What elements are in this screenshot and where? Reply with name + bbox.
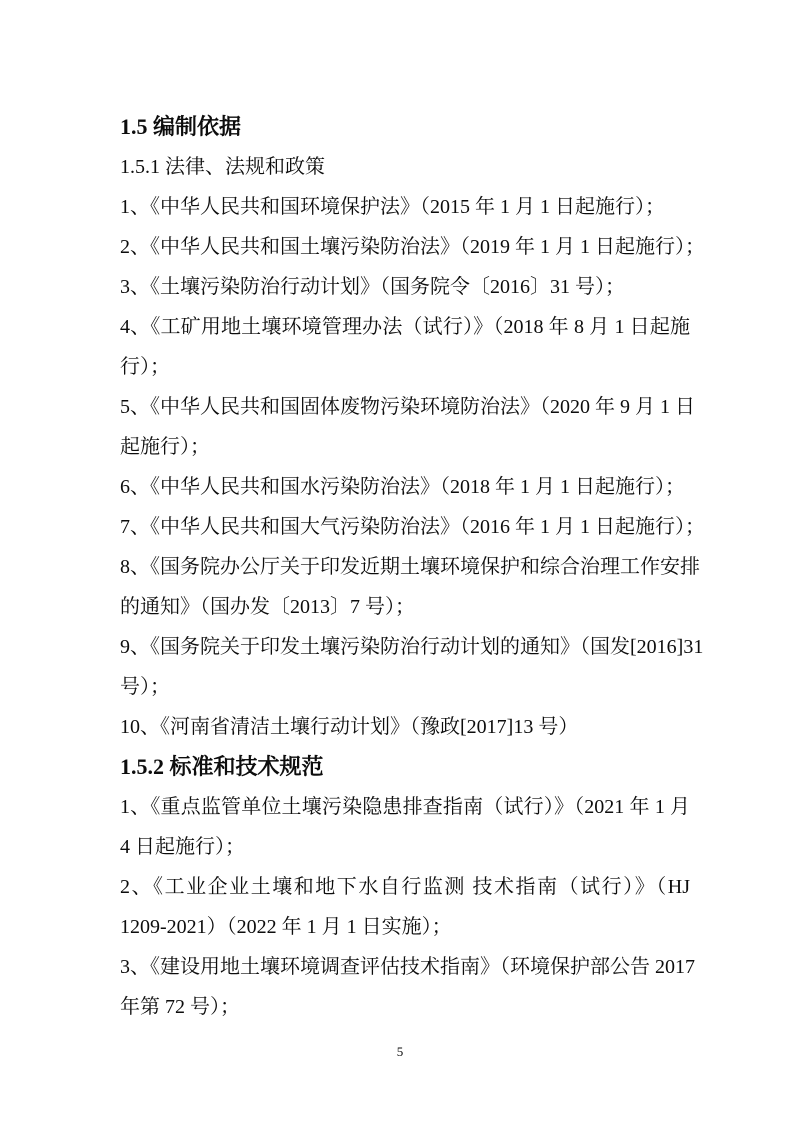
text-line: 行）； <box>120 347 690 387</box>
text-line: 9、《国务院关于印发土壤污染防治行动计划的通知》（国发[2016]31 <box>120 627 690 667</box>
list-item-8: 8、《国务院办公厅关于印发近期土壤环境保护和综合治理工作安排的通知》（国办发〔2… <box>120 547 690 627</box>
document-body: 1.5 编制依据1.5.1 法律、法规和政策1、《中华人民共和国环境保护法》（2… <box>120 107 690 1027</box>
text-line: 3、《土壤污染防治行动计划》（国务院令〔2016〕31 号）； <box>120 267 690 307</box>
text-line: 5、《中华人民共和国固体废物污染环境防治法》（2020 年 9 月 1 日 <box>120 387 690 427</box>
text-line: 3、《建设用地土壤环境调查评估技术指南》（环境保护部公告 2017 <box>120 947 690 987</box>
list-item-3: 3、《建设用地土壤环境调查评估技术指南》（环境保护部公告 2017年第 72 号… <box>120 947 690 1027</box>
text-line: 1.5.1 法律、法规和政策 <box>120 147 690 187</box>
text-line: 起施行）； <box>120 427 690 467</box>
subsection-heading: 1.5.2 标准和技术规范 <box>120 747 690 787</box>
text-line: 2、《工业企业土壤和地下水自行监测 技术指南（试行）》（HJ <box>120 867 690 907</box>
list-item-7: 7、《中华人民共和国大气污染防治法》（2016 年 1 月 1 日起施行）； <box>120 507 690 547</box>
text-line: 4 日起施行）； <box>120 827 690 867</box>
text-line: 的通知》（国办发〔2013〕7 号）； <box>120 587 690 627</box>
page-number: 5 <box>397 1044 404 1059</box>
list-item-5: 5、《中华人民共和国固体废物污染环境防治法》（2020 年 9 月 1 日起施行… <box>120 387 690 467</box>
text-line: 6、《中华人民共和国水污染防治法》（2018 年 1 月 1 日起施行）； <box>120 467 690 507</box>
list-item-6: 6、《中华人民共和国水污染防治法》（2018 年 1 月 1 日起施行）； <box>120 467 690 507</box>
list-item-9: 9、《国务院关于印发土壤污染防治行动计划的通知》（国发[2016]31号）； <box>120 627 690 707</box>
list-item-2: 2、《工业企业土壤和地下水自行监测 技术指南（试行）》（HJ1209-2021）… <box>120 867 690 947</box>
text-line: 1.5.2 标准和技术规范 <box>120 747 690 787</box>
text-line: 10、《河南省清洁土壤行动计划》（豫政[2017]13 号） <box>120 707 690 747</box>
text-line: 年第 72 号）； <box>120 987 690 1027</box>
text-line: 8、《国务院办公厅关于印发近期土壤环境保护和综合治理工作安排 <box>120 547 690 587</box>
text-line: 1209-2021）（2022 年 1 月 1 日实施）； <box>120 907 690 947</box>
text-line: 1.5 编制依据 <box>120 107 690 147</box>
text-line: 2、《中华人民共和国土壤污染防治法》（2019 年 1 月 1 日起施行）； <box>120 227 690 267</box>
text-line: 1、《重点监管单位土壤污染隐患排查指南（试行）》（2021 年 1 月 <box>120 787 690 827</box>
subsection-heading: 1.5.1 法律、法规和政策 <box>120 147 690 187</box>
text-line: 号）； <box>120 667 690 707</box>
list-item-1: 1、《中华人民共和国环境保护法》（2015 年 1 月 1 日起施行）； <box>120 187 690 227</box>
document-page: 1.5 编制依据1.5.1 法律、法规和政策1、《中华人民共和国环境保护法》（2… <box>0 0 800 1131</box>
list-item-1: 1、《重点监管单位土壤污染隐患排查指南（试行）》（2021 年 1 月4 日起施… <box>120 787 690 867</box>
page-footer: 5 <box>0 1044 800 1060</box>
section-heading: 1.5 编制依据 <box>120 107 690 147</box>
list-item-3: 3、《土壤污染防治行动计划》（国务院令〔2016〕31 号）； <box>120 267 690 307</box>
text-line: 7、《中华人民共和国大气污染防治法》（2016 年 1 月 1 日起施行）； <box>120 507 690 547</box>
list-item-2: 2、《中华人民共和国土壤污染防治法》（2019 年 1 月 1 日起施行）； <box>120 227 690 267</box>
text-line: 4、《工矿用地土壤环境管理办法（试行）》（2018 年 8 月 1 日起施 <box>120 307 690 347</box>
list-item-4: 4、《工矿用地土壤环境管理办法（试行）》（2018 年 8 月 1 日起施行）； <box>120 307 690 387</box>
list-item-10: 10、《河南省清洁土壤行动计划》（豫政[2017]13 号） <box>120 707 690 747</box>
text-line: 1、《中华人民共和国环境保护法》（2015 年 1 月 1 日起施行）； <box>120 187 690 227</box>
